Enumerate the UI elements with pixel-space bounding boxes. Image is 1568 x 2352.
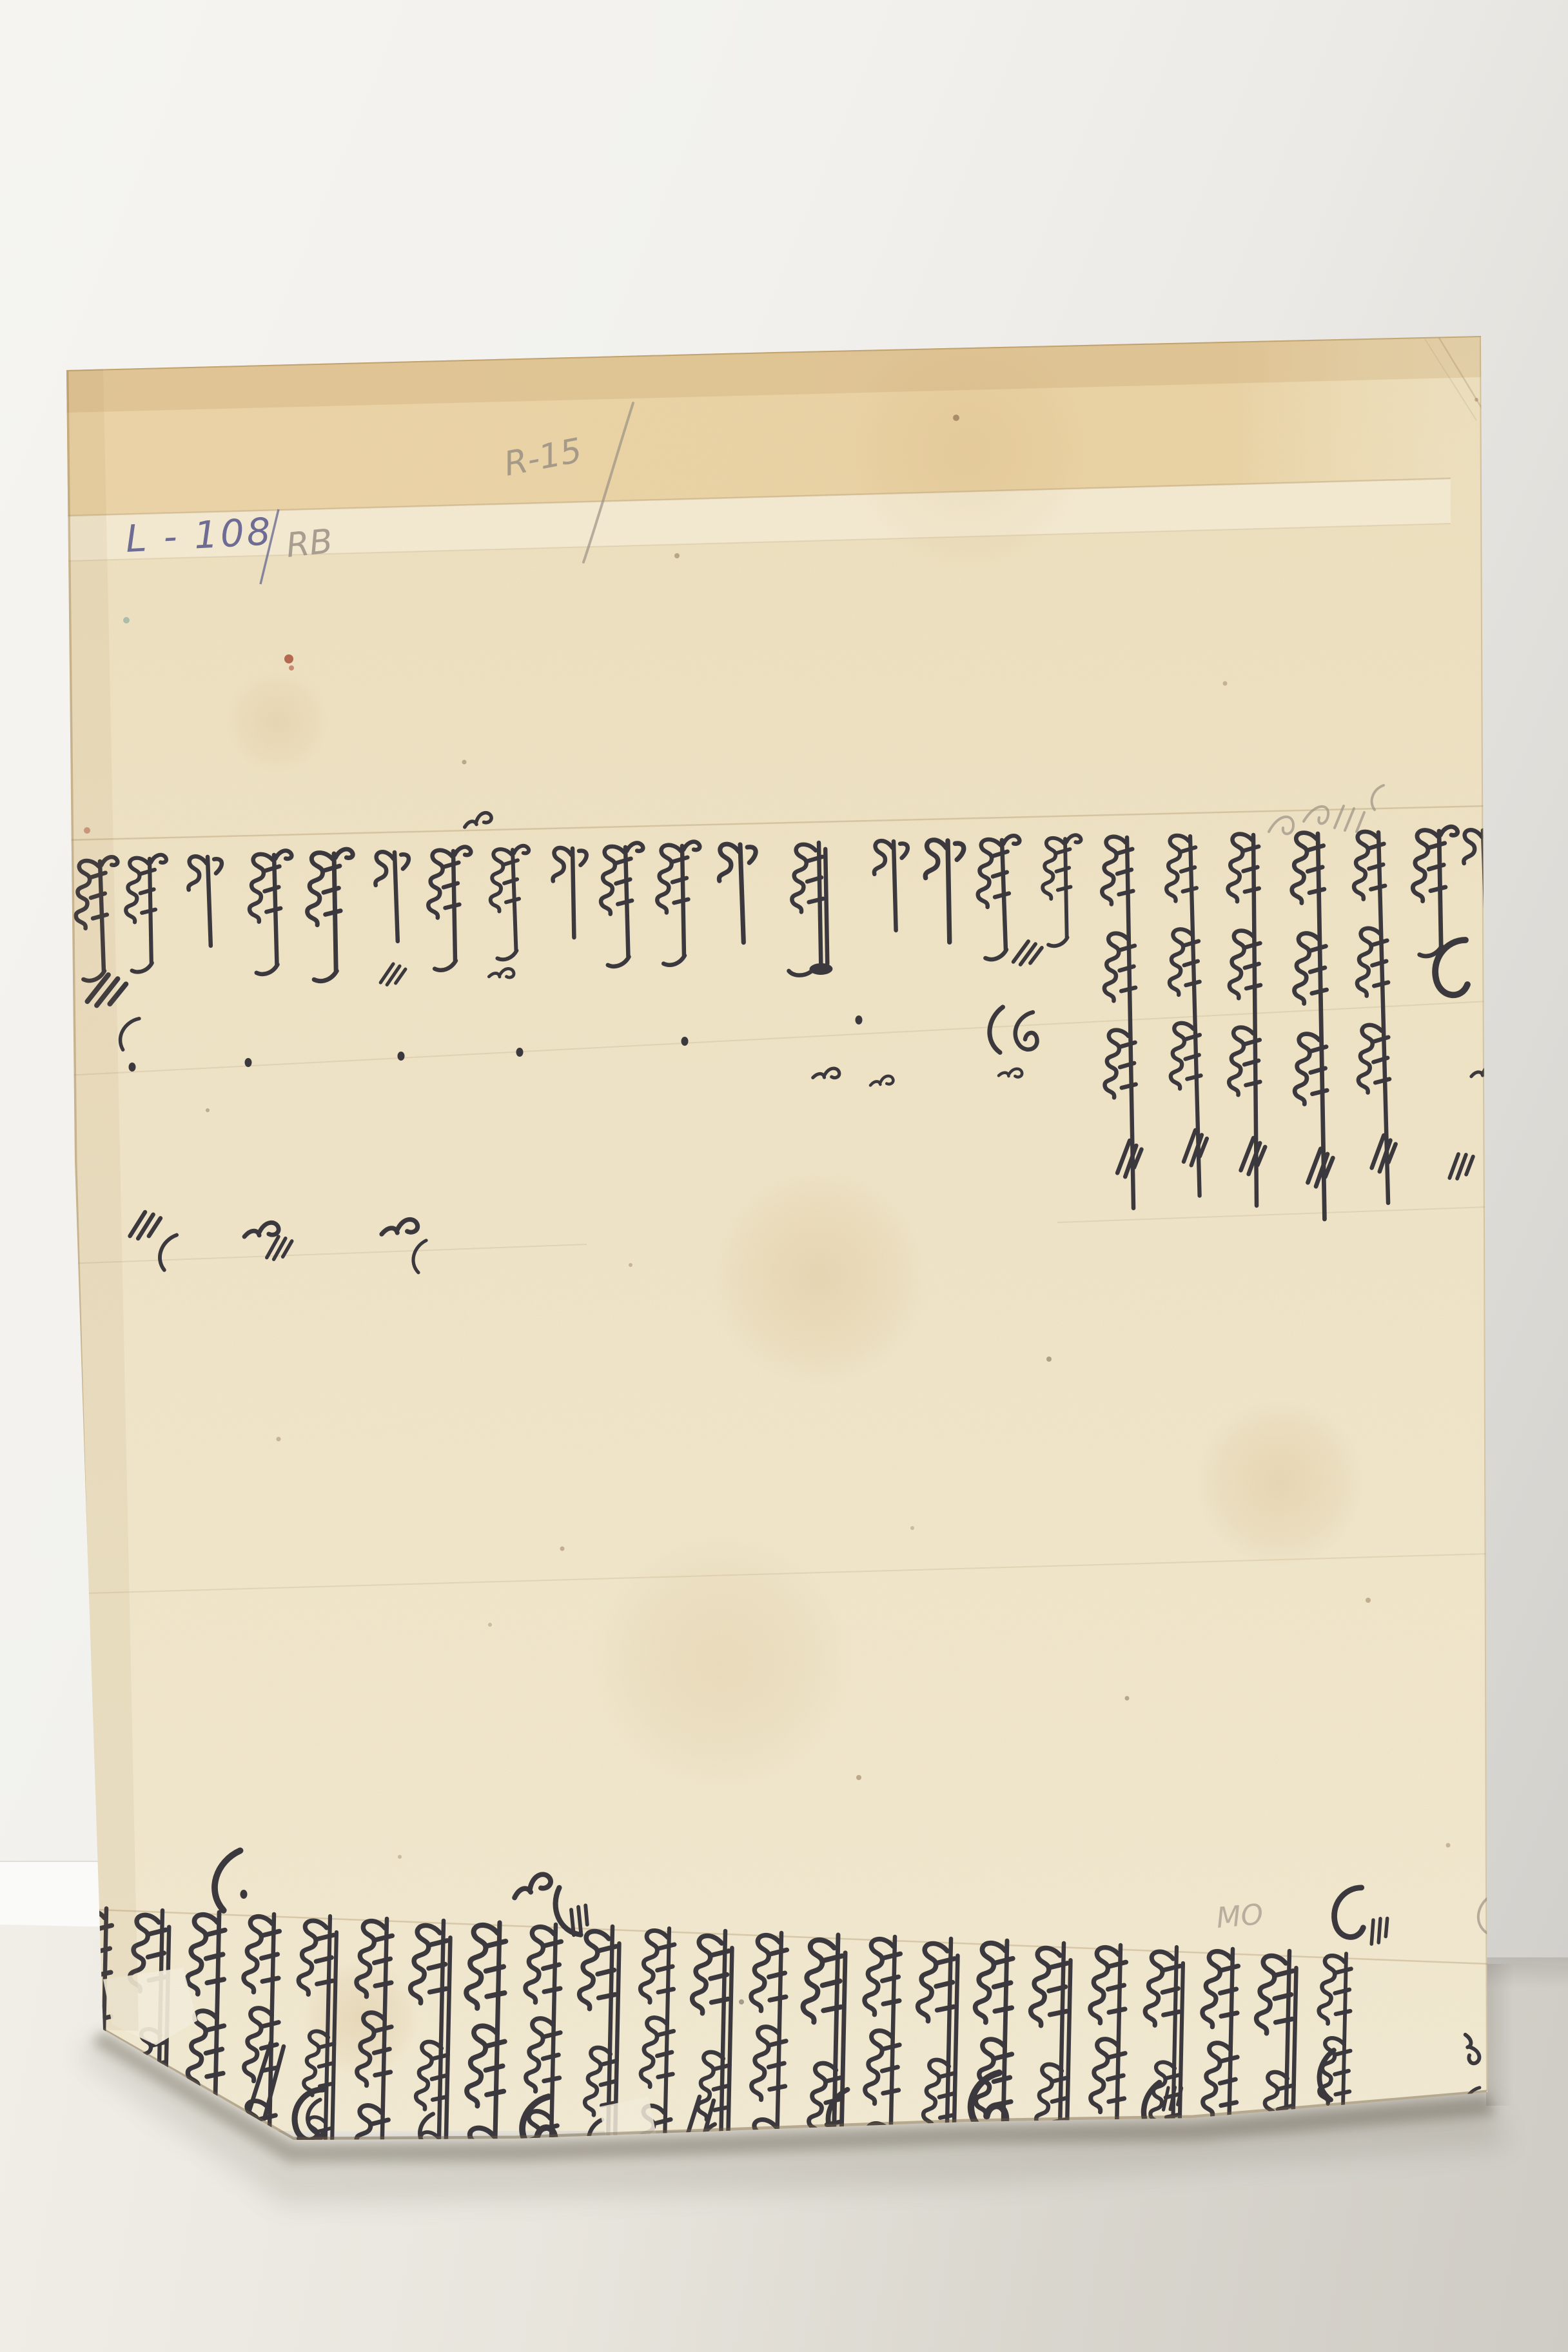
paper-grain-texture	[64, 332, 1491, 2131]
manuscript-photo: L - 108 RB R-15 MO	[0, 0, 1568, 2352]
manuscript-leaf: L - 108 RB R-15 MO	[64, 329, 1500, 2259]
photo-scene: L - 108 RB R-15 MO	[0, 0, 1568, 2352]
